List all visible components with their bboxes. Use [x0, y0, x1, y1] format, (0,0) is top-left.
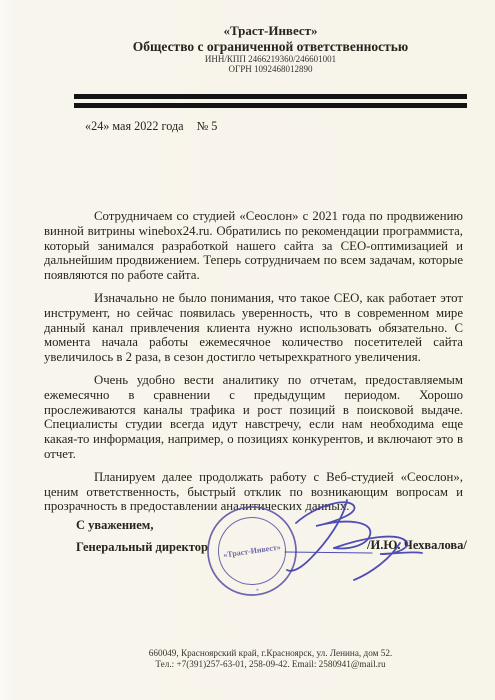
date-row: «24» мая 2022 года№ 5	[85, 119, 217, 133]
footer-address: 660049, Красноярский край, г.Красноярск,…	[74, 648, 467, 659]
company-legal-form: Общество с ограниченной ответственностью	[74, 39, 467, 54]
company-name: «Траст-Инвест»	[74, 23, 467, 39]
company-ogrn: ОГРН 1092468012890	[74, 64, 467, 74]
footer: 660049, Красноярский край, г.Красноярск,…	[74, 648, 467, 670]
stamp-star: *	[256, 588, 260, 594]
letter-page: «Траст-Инвест» Общество с ограниченной о…	[0, 0, 495, 700]
paragraph-1: Сотрудничаем со студией «Сеослон» с 2021…	[44, 209, 463, 283]
header-rule-bottom	[74, 103, 467, 108]
closing-line: С уважением,	[76, 518, 153, 533]
letter-body: Сотрудничаем со студией «Сеослон» с 2021…	[44, 209, 463, 522]
paragraph-2: Изначально не было понимания, что такое …	[44, 291, 463, 365]
paragraph-3: Очень удобно вести аналитику по отчетам,…	[44, 373, 463, 462]
signer-job-title: Генеральный директор	[76, 540, 208, 555]
company-inn-kpp: ИНН/КПП 2466219360/246601001	[74, 54, 467, 64]
footer-contacts: Тел.: +7(391)257-63-01, 258-09-42. Email…	[74, 659, 467, 670]
header-rule-top	[74, 94, 467, 99]
letterhead: «Траст-Инвест» Общество с ограниченной о…	[74, 23, 467, 74]
handwritten-signature	[258, 493, 446, 585]
letter-date: «24» мая 2022 года	[85, 119, 184, 133]
letter-number: № 5	[197, 119, 218, 133]
